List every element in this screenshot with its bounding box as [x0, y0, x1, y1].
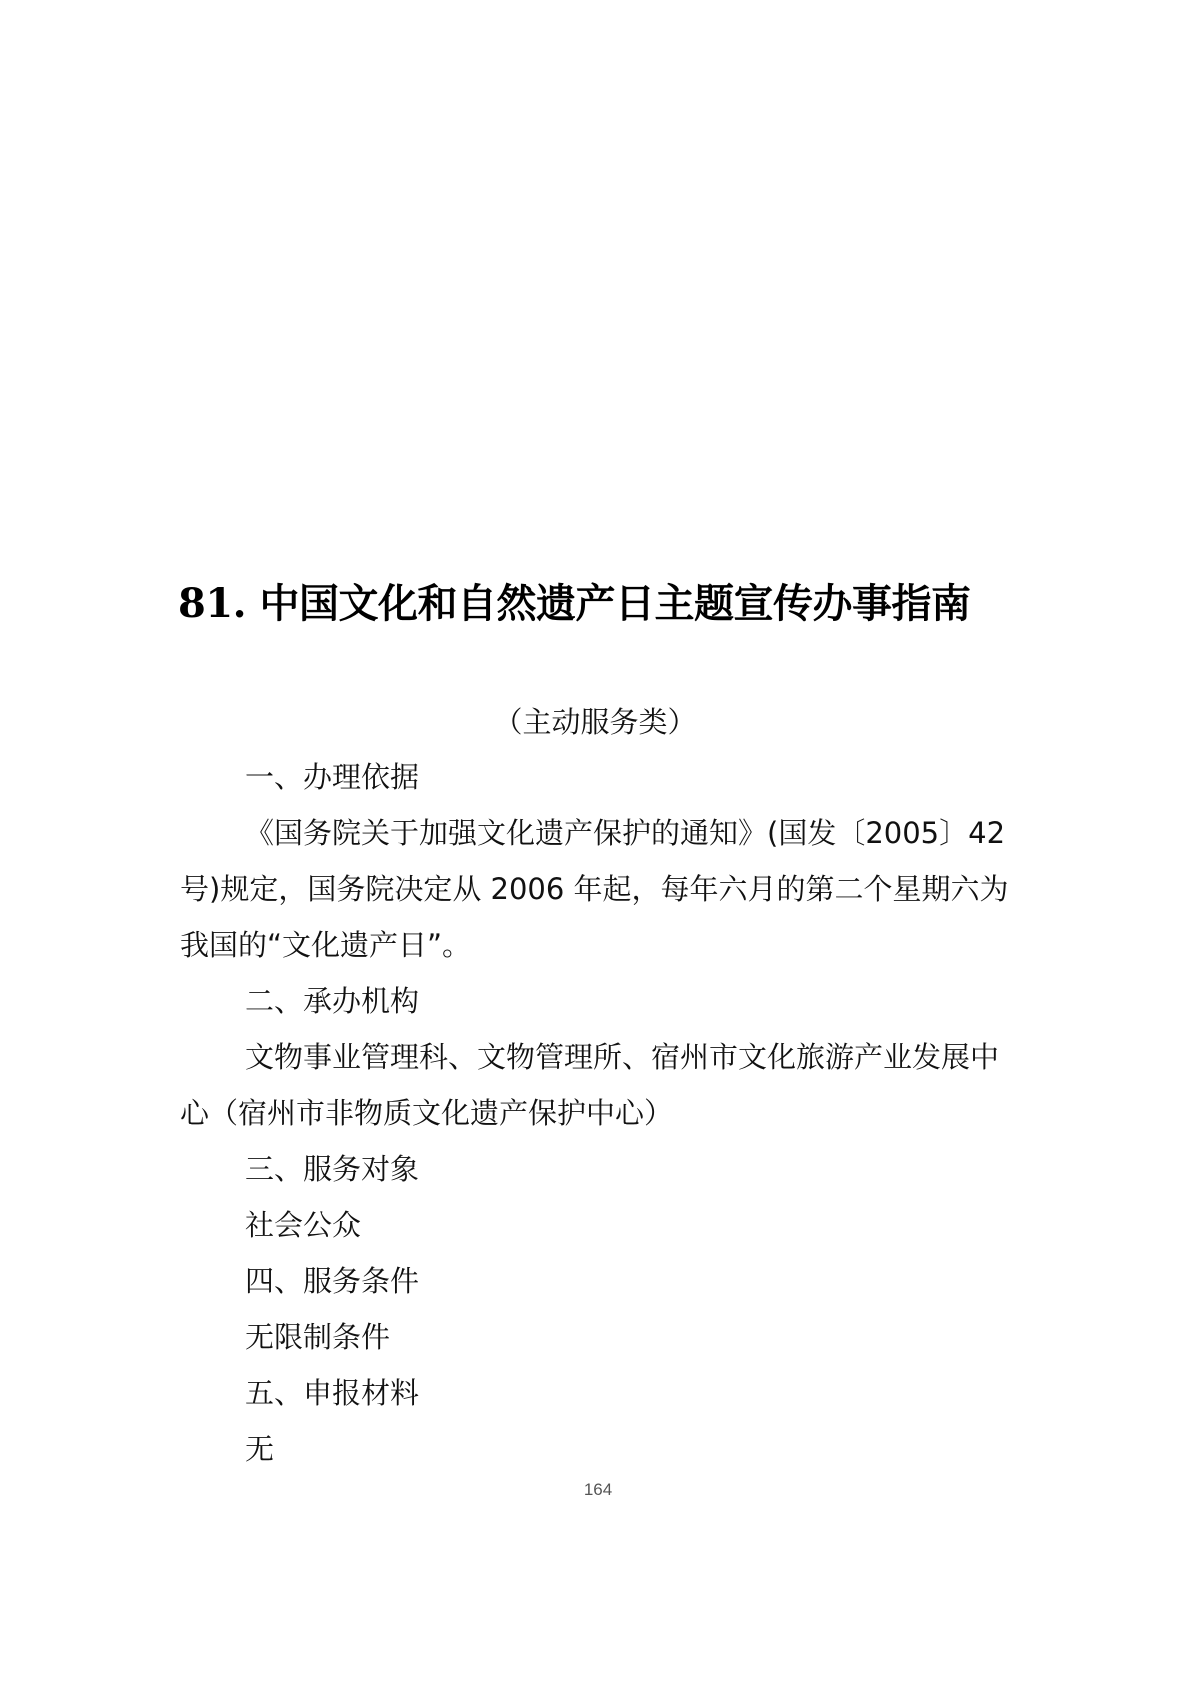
document-page: 81. 中国文化和自然遗产日主题宣传办事指南 （主动服务类） 一、办理依据 《国…: [0, 0, 1190, 1683]
section-body-conditions: 无限制条件: [180, 1309, 1012, 1365]
section-heading-organizer: 二、承办机构: [180, 973, 1012, 1029]
section-heading-audience: 三、服务对象: [180, 1141, 1012, 1197]
section-heading-conditions: 四、服务条件: [180, 1253, 1012, 1309]
section-heading-basis: 一、办理依据: [180, 749, 1012, 805]
section-body-basis: 《国务院关于加强文化遗产保护的通知》(国发〔2005〕42 号)规定，国务院决定…: [180, 805, 1012, 973]
section-body-materials: 无: [180, 1421, 1012, 1477]
section-body-organizer: 文物事业管理科、文物管理所、宿州市文化旅游产业发展中心（宿州市非物质文化遗产保护…: [180, 1029, 1012, 1141]
document-title: 81. 中国文化和自然遗产日主题宣传办事指南: [178, 578, 1018, 630]
document-content: 一、办理依据 《国务院关于加强文化遗产保护的通知》(国发〔2005〕42 号)规…: [180, 749, 1012, 1477]
document-subtitle: （主动服务类）: [0, 694, 1190, 750]
page-number: 164: [0, 1480, 1190, 1500]
section-heading-materials: 五、申报材料: [180, 1365, 1012, 1421]
section-body-audience: 社会公众: [180, 1197, 1012, 1253]
